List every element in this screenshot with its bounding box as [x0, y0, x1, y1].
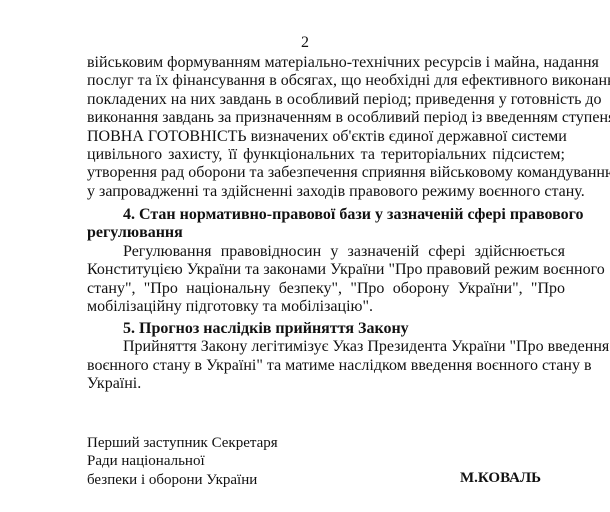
signature-title-line: Ради національної	[87, 452, 278, 470]
section-heading: 5. Прогноз наслідків прийняття Закону	[87, 320, 565, 338]
text-line: мобілізаційну підготовку та мобілізацію"…	[87, 298, 565, 316]
signature-title-line: безпеки і оборони України	[87, 471, 278, 489]
text-line: стану", "Про національну безпеку", "Про …	[87, 280, 565, 298]
section-4: 4. Стан нормативно-правової бази у зазна…	[87, 206, 565, 316]
text-line: Прийняття Закону легітимізує Указ Презид…	[87, 338, 565, 356]
text-line: Конституцією України та законами України…	[87, 261, 565, 279]
text-line: послуг та їх фінансування в обсягах, що …	[87, 72, 565, 90]
section-heading: регулювання	[87, 224, 565, 242]
text-line: утворення рад оборони та забезпечення сп…	[87, 164, 565, 182]
section-3-continuation: військовим формуванням матеріально-техні…	[87, 54, 565, 201]
signature-title: Перший заступник Секретаря Ради націонал…	[87, 434, 278, 489]
section-heading: 4. Стан нормативно-правової бази у зазна…	[87, 206, 565, 224]
text-line: військовим формуванням матеріально-техні…	[87, 54, 565, 72]
text-line: виконання завдань за призначенням в особ…	[87, 109, 565, 127]
text-line: ПОВНА ГОТОВНІСТЬ визначених об'єктів єди…	[87, 128, 565, 146]
signature-title-line: Перший заступник Секретаря	[87, 434, 278, 452]
text-line: покладених на них завдань в особливий пе…	[87, 91, 565, 109]
text-line: Україні.	[87, 375, 565, 393]
text-line: цивільного захисту, її функціональних та…	[87, 146, 565, 164]
signature-name: М.КОВАЛЬ	[460, 470, 541, 487]
section-5: 5. Прогноз наслідків прийняття Закону Пр…	[87, 320, 565, 394]
text-line: Регулювання правовідносин у зазначеній с…	[87, 243, 565, 261]
page-number: 2	[0, 34, 610, 52]
text-line: воєнного стану в Україні" та матиме насл…	[87, 357, 565, 375]
text-line: у запровадженні та здійсненні заходів пр…	[87, 183, 565, 201]
